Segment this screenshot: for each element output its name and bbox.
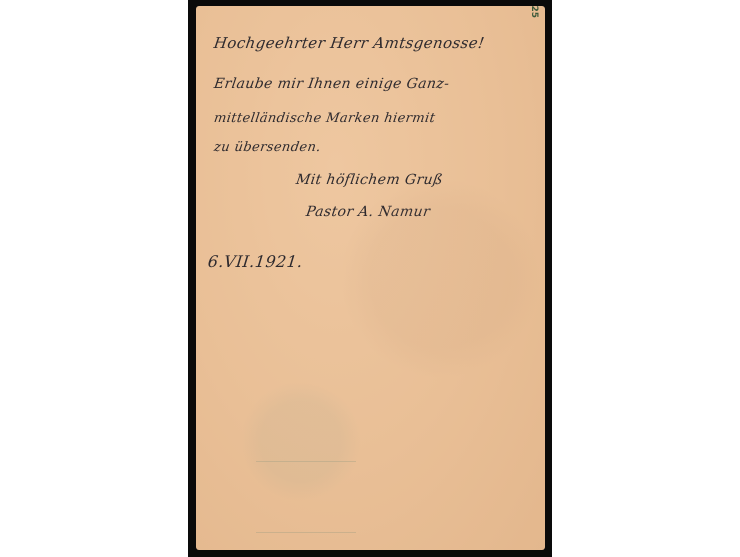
faint-offset-marks bbox=[256, 461, 356, 533]
message-line-3: mittelländische Marken hiermit bbox=[213, 111, 436, 126]
message-line-2: Erlaube mir Ihnen einige Ganz- bbox=[213, 76, 451, 92]
signature: Pastor A. Namur bbox=[305, 204, 431, 220]
closing-greeting: Mit höflichem Gruß bbox=[295, 172, 444, 188]
date: 6.VII.1921. bbox=[207, 252, 304, 271]
postcard: 0.25 Hochgeehrter Herr Amtsgenosse! Erla… bbox=[196, 6, 545, 550]
message-line-4: zu übersenden. bbox=[213, 140, 322, 155]
reference-number: 0.25 bbox=[529, 6, 539, 18]
message-line-1: Hochgeehrter Herr Amtsgenosse! bbox=[213, 34, 486, 52]
